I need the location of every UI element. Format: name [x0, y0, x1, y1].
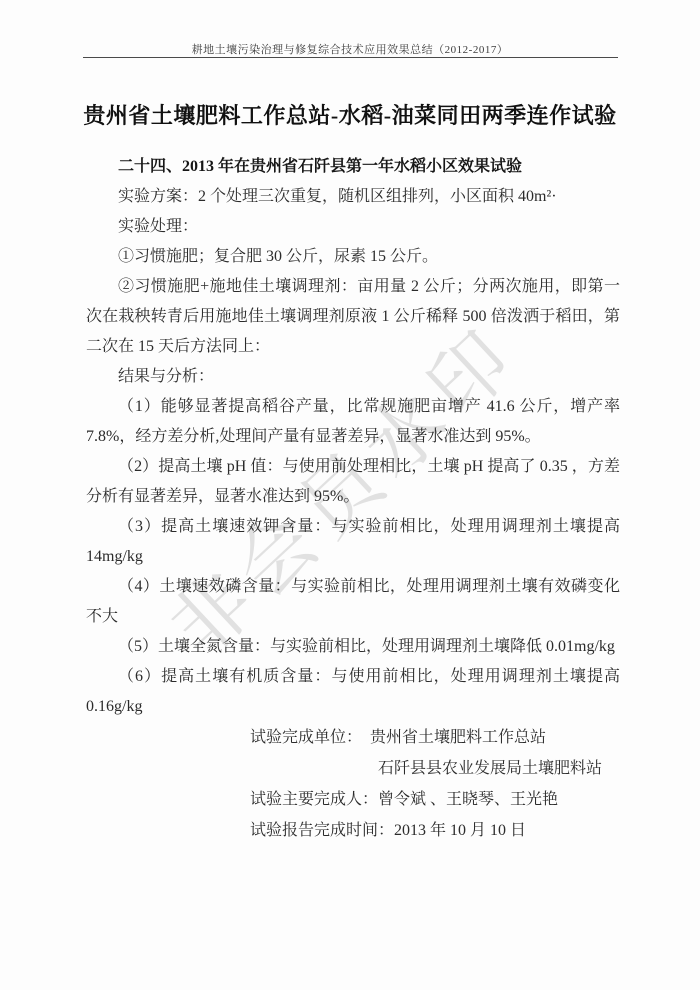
- signoff-main-authors: 试验主要完成人：曾令斌 、王晓琴、王光艳: [86, 784, 620, 815]
- page-title: 贵州省土壤肥料工作总站-水稻-油菜同田两季连作试验: [40, 99, 660, 130]
- paragraph-experiment-treatment: 实验处理：: [86, 212, 620, 242]
- paragraph-results-heading: 结果与分析：: [86, 362, 620, 392]
- paragraph-result-5: （5）土壤全氮含量：与实验前相比，处理用调理剂土壤降低 0.01mg/kg: [86, 632, 620, 662]
- signoff-completing-unit-2: 石阡县县农业发展局土壤肥料站: [86, 753, 620, 784]
- paragraph-result-4: （4）土壤速效磷含量：与实验前相比，处理用调理剂土壤有效磷变化不大: [86, 572, 620, 632]
- running-header: 耕地土壤污染治理与修复综合技术应用效果总结（2012-2017）: [0, 41, 700, 57]
- document-body: 二十四、2013 年在贵州省石阡县第一年水稻小区效果试验 实验方案：2 个处理三…: [86, 152, 620, 846]
- section-heading: 二十四、2013 年在贵州省石阡县第一年水稻小区效果试验: [86, 152, 620, 182]
- paragraph-result-3: （3）提高土壤速效钾含量：与实验前相比，处理用调理剂土壤提高 14mg/kg: [86, 512, 620, 572]
- paragraph-result-6: （6）提高土壤有机质含量：与使用前相比，处理用调理剂土壤提高 0.16g/kg: [86, 662, 620, 722]
- signoff-completing-unit: 试验完成单位： 贵州省土壤肥料工作总站: [86, 722, 620, 753]
- signoff-report-date: 试验报告完成时间：2013 年 10 月 10 日: [86, 815, 620, 846]
- signoff-block: 试验完成单位： 贵州省土壤肥料工作总站 石阡县县农业发展局土壤肥料站 试验主要完…: [86, 722, 620, 846]
- paragraph-result-2: （2）提高土壤 pH 值：与使用前处理相比，土壤 pH 提高了 0.35 ，方差…: [86, 452, 620, 512]
- document-page: 非会员水印 耕地土壤污染治理与修复综合技术应用效果总结（2012-2017） 贵…: [0, 0, 700, 990]
- paragraph-experiment-plan: 实验方案：2 个处理三次重复，随机区组排列，小区面积 40m²·: [86, 182, 620, 212]
- header-rule-divider: [83, 57, 618, 58]
- paragraph-treatment-1: ①习惯施肥；复合肥 30 公斤，尿素 15 公斤。: [86, 242, 620, 272]
- paragraph-treatment-2: ②习惯施肥+施地佳土壤调理剂：亩用量 2 公斤；分两次施用，即第一次在栽秧转青后…: [86, 272, 620, 362]
- paragraph-result-1: （1）能够显著提高稻谷产量，比常规施肥亩增产 41.6 公斤，增产率 7.8%，…: [86, 392, 620, 452]
